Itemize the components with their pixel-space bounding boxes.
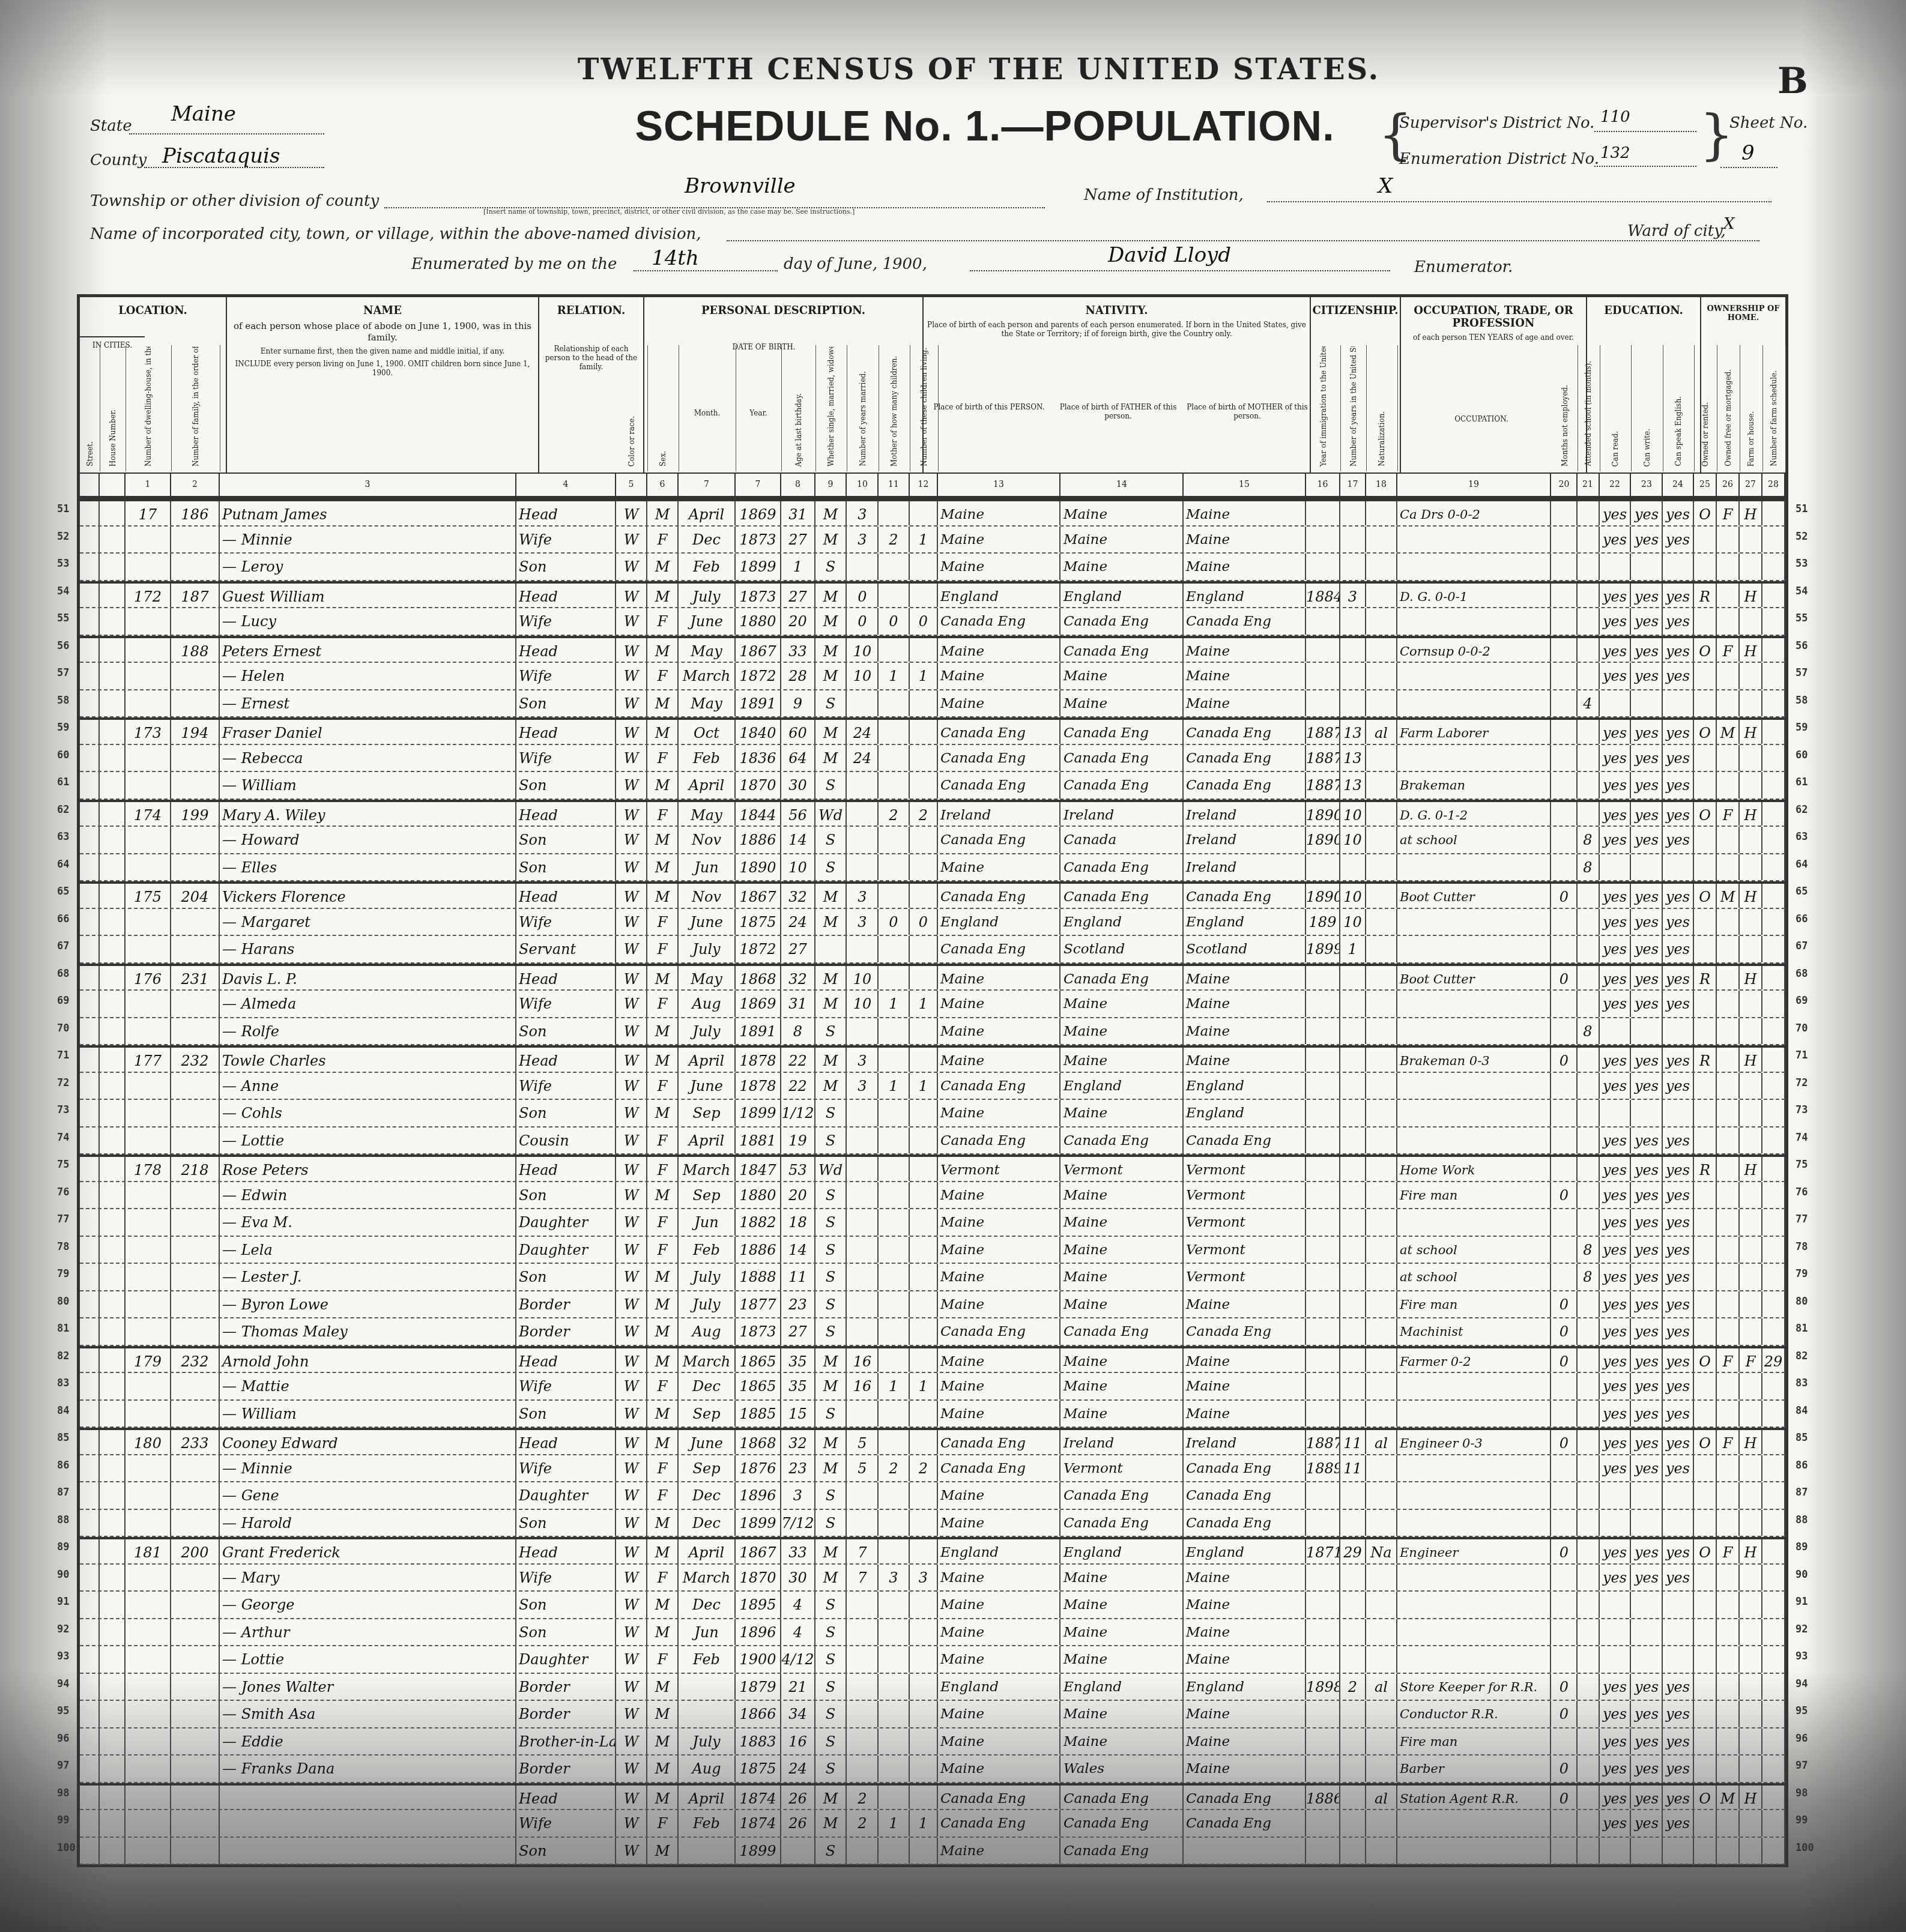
children-living: 1 (910, 527, 938, 553)
table-row: — Smith AsaBorderWM186634SMaineMaineMain… (80, 1701, 1785, 1728)
months-unemployed (1552, 608, 1578, 635)
owned-free (1717, 1455, 1740, 1482)
family-number: 231 (171, 966, 220, 990)
birth-month: April (679, 1128, 736, 1154)
column-number: 28 (1762, 474, 1785, 496)
school-months (1577, 638, 1600, 662)
months-unemployed: 0 (1552, 884, 1578, 908)
farm-schedule (1762, 802, 1785, 826)
immigration-year (1306, 966, 1340, 990)
school-months (1577, 966, 1600, 990)
years-in-us: 11 (1340, 1430, 1366, 1454)
cell-house (100, 720, 126, 744)
children-living (910, 1318, 938, 1345)
farm-schedule (1762, 884, 1785, 908)
birthplace-mother: Canada Eng (1184, 884, 1306, 908)
column-number: 2 (171, 474, 220, 496)
sex: M (647, 772, 679, 798)
months-unemployed (1552, 1619, 1578, 1646)
line-number: 83 (1796, 1377, 1808, 1389)
can-write: yes (1632, 1373, 1663, 1399)
cell-house (100, 501, 126, 525)
birth-year: 1899 (736, 554, 781, 580)
owned-rented (1694, 772, 1717, 798)
enumerator-line (970, 270, 1390, 271)
family-number (171, 1318, 220, 1345)
birthplace-father: Canada Eng (1061, 1510, 1184, 1536)
children-living (910, 1291, 938, 1318)
line-number: 97 (57, 1760, 69, 1772)
years-in-us (1340, 1646, 1366, 1673)
birthplace-person: Maine (938, 501, 1060, 525)
age: 64 (781, 745, 815, 771)
column-number: 9 (815, 474, 847, 496)
farm-house: H (1740, 802, 1762, 826)
line-number: 78 (57, 1241, 69, 1253)
marital-status: S (815, 772, 847, 798)
age: 7/12 (781, 1510, 815, 1536)
relation: Daughter (516, 1482, 616, 1509)
birthplace-mother: Vermont (1184, 1157, 1306, 1181)
owned-rented: O (1694, 1348, 1717, 1372)
family-number (171, 1619, 220, 1646)
age: 33 (781, 1539, 815, 1563)
dwelling-number (126, 1755, 171, 1782)
relation: Head (516, 802, 616, 826)
school-months (1577, 1674, 1600, 1700)
children-living: 1 (910, 663, 938, 689)
sex: F (647, 1373, 679, 1399)
farm-house (1740, 1401, 1762, 1427)
relation: Border (516, 1701, 616, 1727)
color: W (616, 827, 647, 853)
cell-street (80, 1674, 100, 1700)
can-speak-english: yes (1663, 1786, 1694, 1810)
table-row: — ErnestSonWMMay18919SMaineMaineMaine4 (80, 690, 1785, 718)
line-number: 62 (57, 804, 69, 816)
months-unemployed (1552, 1100, 1578, 1126)
can-read: yes (1600, 1237, 1631, 1263)
can-speak-english: yes (1663, 1701, 1694, 1727)
birthplace-mother: England (1184, 1100, 1306, 1126)
line-number: 76 (1796, 1186, 1808, 1198)
family-number (171, 1291, 220, 1318)
person-name: Guest William (220, 584, 516, 608)
can-write (1632, 1646, 1663, 1673)
years-in-us: 1 (1340, 936, 1366, 962)
cell-street (80, 1592, 100, 1618)
birthplace-person: Maine (938, 1401, 1060, 1427)
immigration-year (1306, 1728, 1340, 1755)
line-number: 87 (57, 1487, 69, 1499)
birth-month: April (679, 1539, 736, 1563)
color: W (616, 1646, 647, 1673)
relation: Son (516, 554, 616, 580)
cell-house (100, 1237, 126, 1263)
farm-house (1740, 1237, 1762, 1263)
age: 23 (781, 1455, 815, 1482)
months-unemployed: 0 (1552, 1348, 1578, 1372)
naturalization (1366, 1455, 1397, 1482)
line-number: 81 (57, 1323, 69, 1335)
owned-rented: O (1694, 720, 1717, 744)
birthplace-person: Maine (938, 1619, 1060, 1646)
can-write: yes (1632, 638, 1663, 662)
cell-street (80, 1373, 100, 1399)
farm-schedule (1762, 1646, 1785, 1673)
township-note: [Insert name of township, town, precinct… (483, 208, 855, 216)
cell-street (80, 1646, 100, 1673)
line-number: 80 (57, 1296, 69, 1308)
can-write: yes (1632, 1182, 1663, 1209)
months-unemployed (1552, 1373, 1578, 1399)
relation: Wife (516, 745, 616, 771)
table-row: — HowardSonWMNov188614SCanada EngCanadaI… (80, 827, 1785, 854)
cell-street (80, 1755, 100, 1782)
sheet-letter: B (1777, 60, 1808, 102)
naturalization (1366, 966, 1397, 990)
can-read (1600, 1100, 1631, 1126)
can-speak-english: yes (1663, 1674, 1694, 1700)
birthplace-father: Maine (1061, 1100, 1184, 1126)
birthplace-person: Maine (938, 690, 1060, 717)
owned-rented (1694, 991, 1717, 1017)
marital-status: M (815, 909, 847, 935)
years-married: 24 (847, 720, 879, 744)
can-speak-english: yes (1663, 1810, 1694, 1837)
cell-street (80, 1565, 100, 1591)
supervisor-label: Supervisor's District No. (1399, 114, 1594, 132)
owned-rented (1694, 1455, 1717, 1482)
birth-year: 1886 (736, 1237, 781, 1263)
children-living (910, 1728, 938, 1755)
city-line (727, 240, 1759, 241)
farm-schedule (1762, 1786, 1785, 1810)
sex: M (647, 884, 679, 908)
marital-status: S (815, 1619, 847, 1646)
birth-year: 1869 (736, 501, 781, 525)
marital-status (815, 936, 847, 962)
naturalization (1366, 1619, 1397, 1646)
cell-house (100, 1810, 126, 1837)
children-living (910, 1401, 938, 1427)
mother-of-children: 1 (879, 1073, 910, 1099)
birthplace-person: Maine (938, 1838, 1060, 1864)
line-number: 66 (1796, 913, 1808, 925)
children-living (910, 966, 938, 990)
birth-month: April (679, 772, 736, 798)
years-married: 16 (847, 1348, 879, 1372)
relation: Border (516, 1318, 616, 1345)
farm-schedule (1762, 1182, 1785, 1209)
line-number: 68 (1796, 968, 1808, 980)
can-read: yes (1600, 501, 1631, 525)
relation: Wife (516, 1565, 616, 1591)
mother-of-children (879, 1786, 910, 1810)
age: 27 (781, 527, 815, 553)
can-speak-english (1663, 1510, 1694, 1536)
marital-status: S (815, 1838, 847, 1864)
column-number: 14 (1061, 474, 1184, 496)
line-number: 65 (57, 886, 69, 898)
years-in-us (1340, 1786, 1366, 1810)
mother-of-children (879, 1318, 910, 1345)
cell-house (100, 1157, 126, 1181)
children-living (910, 1157, 938, 1181)
can-speak-english: yes (1663, 720, 1694, 744)
birthplace-mother: England (1184, 909, 1306, 935)
column-header-children-living: Number of these children living. (910, 345, 939, 471)
birthplace-person: Maine (938, 1182, 1060, 1209)
farm-house (1740, 1810, 1762, 1837)
dwelling-number (126, 1209, 171, 1236)
farm-schedule (1762, 1128, 1785, 1154)
years-married (847, 936, 879, 962)
birthplace-father: Canada Eng (1061, 966, 1184, 990)
owned-rented (1694, 608, 1717, 635)
relation: Wife (516, 1455, 616, 1482)
birth-month (679, 1701, 736, 1727)
birth-year: 1873 (736, 527, 781, 553)
years-married (847, 554, 879, 580)
birthplace-person: Maine (938, 1018, 1060, 1045)
line-number: 77 (1796, 1213, 1808, 1225)
line-number: 93 (1796, 1650, 1808, 1662)
years-in-us (1340, 854, 1366, 881)
farm-house (1740, 936, 1762, 962)
cell-house (100, 527, 126, 553)
owned-free (1717, 909, 1740, 935)
immigration-year (1306, 991, 1340, 1017)
owned-rented (1694, 1264, 1717, 1290)
age: 30 (781, 772, 815, 798)
owned-rented (1694, 1318, 1717, 1345)
children-living (910, 1755, 938, 1782)
immigration-year: 1889 (1306, 1455, 1340, 1482)
line-number: 71 (57, 1049, 69, 1061)
cell-house (100, 1539, 126, 1563)
owned-rented: O (1694, 802, 1717, 826)
can-write: yes (1632, 1073, 1663, 1099)
column-header-dwelling: Number of dwelling-house, in the order o… (126, 345, 172, 471)
children-living (910, 1264, 938, 1290)
can-write: yes (1632, 745, 1663, 771)
can-speak-english (1663, 854, 1694, 881)
years-in-us (1340, 1264, 1366, 1290)
color: W (616, 1482, 647, 1509)
years-in-us (1340, 554, 1366, 580)
owned-rented: R (1694, 966, 1717, 990)
can-write: yes (1632, 1674, 1663, 1700)
naturalization (1366, 1237, 1397, 1263)
can-read: yes (1600, 1048, 1631, 1072)
mother-of-children: 1 (879, 663, 910, 689)
age: 15 (781, 1401, 815, 1427)
can-write: yes (1632, 1786, 1663, 1810)
person-name: — Harans (220, 936, 516, 962)
age: 24 (781, 909, 815, 935)
owned-free (1717, 1619, 1740, 1646)
family-number: 218 (171, 1157, 220, 1181)
population-table: LOCATION. IN CITIES. NAME of each person… (77, 294, 1788, 1867)
years-in-us (1340, 991, 1366, 1017)
immigration-year: 1887 (1306, 745, 1340, 771)
cell-house (100, 1128, 126, 1154)
can-speak-english: yes (1663, 1348, 1694, 1372)
family-number (171, 1701, 220, 1727)
relation: Cousin (516, 1128, 616, 1154)
cell-house (100, 1619, 126, 1646)
years-married (847, 1482, 879, 1509)
mother-of-children: 3 (879, 1565, 910, 1591)
birth-year: 1899 (736, 1838, 781, 1864)
family-number: 188 (171, 638, 220, 662)
person-name (220, 1786, 516, 1810)
color: W (616, 1073, 647, 1099)
birth-month: Dec (679, 1482, 736, 1509)
cell-house (100, 1455, 126, 1482)
years-in-us (1340, 1073, 1366, 1099)
years-married (847, 1701, 879, 1727)
age: 27 (781, 1318, 815, 1345)
birthplace-father: Maine (1061, 991, 1184, 1017)
column-number: 23 (1632, 474, 1663, 496)
birth-year: 1872 (736, 663, 781, 689)
immigration-year (1306, 638, 1340, 662)
occupation: Ca Drs 0-0-2 (1397, 501, 1551, 525)
can-write: yes (1632, 966, 1663, 990)
relation: Daughter (516, 1237, 616, 1263)
years-in-us (1340, 638, 1366, 662)
farm-house (1740, 608, 1762, 635)
family-number (171, 608, 220, 635)
enumeration-label: Enumeration District No. (1399, 150, 1599, 168)
person-name: — Mary (220, 1565, 516, 1591)
owned-free (1717, 1291, 1740, 1318)
years-married: 3 (847, 501, 879, 525)
farm-schedule (1762, 1510, 1785, 1536)
farm-schedule (1762, 1674, 1785, 1700)
age: 14 (781, 827, 815, 853)
cell-street (80, 663, 100, 689)
farm-house: H (1740, 501, 1762, 525)
months-unemployed (1552, 1646, 1578, 1673)
birthplace-mother: Maine (1184, 966, 1306, 990)
owned-free: M (1717, 884, 1740, 908)
can-write: yes (1632, 1810, 1663, 1837)
immigration-year (1306, 1619, 1340, 1646)
column-number-row: 1234567789101112131415161718192021222324… (80, 472, 1785, 499)
cell-house (100, 1100, 126, 1126)
cell-street (80, 1128, 100, 1154)
person-name: Vickers Florence (220, 884, 516, 908)
owned-rented (1694, 1401, 1717, 1427)
years-in-us: 10 (1340, 827, 1366, 853)
birth-year: 1870 (736, 1565, 781, 1591)
cell-street (80, 1510, 100, 1536)
relation: Head (516, 966, 616, 990)
family-number (171, 1482, 220, 1509)
mother-of-children (879, 966, 910, 990)
naturalization (1366, 802, 1397, 826)
birth-month: Jun (679, 1209, 736, 1236)
school-months (1577, 584, 1600, 608)
family-number (171, 1565, 220, 1591)
immigration-year: 1887 (1306, 1430, 1340, 1454)
birthplace-person: Maine (938, 1646, 1060, 1673)
relation: Wife (516, 1810, 616, 1837)
mother-of-children (879, 1755, 910, 1782)
mother-of-children (879, 690, 910, 717)
can-read (1600, 1592, 1631, 1618)
school-months (1577, 772, 1600, 798)
can-read (1600, 1482, 1631, 1509)
family-number: 199 (171, 802, 220, 826)
can-read (1600, 1646, 1631, 1673)
birthplace-person: Maine (938, 1100, 1060, 1126)
dwelling-number (126, 1810, 171, 1837)
months-unemployed (1552, 1237, 1578, 1263)
naturalization (1366, 1073, 1397, 1099)
farm-house: H (1740, 884, 1762, 908)
farm-house (1740, 1755, 1762, 1782)
owned-free (1717, 1510, 1740, 1536)
can-read: yes (1600, 663, 1631, 689)
sex: F (647, 745, 679, 771)
birthplace-person: Maine (938, 1510, 1060, 1536)
can-write: yes (1632, 1291, 1663, 1318)
color: W (616, 720, 647, 744)
occupation (1397, 608, 1551, 635)
months-unemployed (1552, 1128, 1578, 1154)
table-row: — LeroySonWMFeb18991SMaineMaineMaine (80, 554, 1785, 581)
can-speak-english: yes (1663, 1455, 1694, 1482)
ward-value: X (1723, 215, 1735, 233)
owned-rented (1694, 1209, 1717, 1236)
dwelling-number (126, 608, 171, 635)
sex: M (647, 1539, 679, 1563)
line-number: 59 (1796, 722, 1808, 734)
line-number: 73 (1796, 1104, 1808, 1116)
can-write (1632, 1619, 1663, 1646)
birth-month: July (679, 1018, 736, 1045)
birthplace-father: Scotland (1061, 936, 1184, 962)
farm-schedule (1762, 720, 1785, 744)
line-number: 78 (1796, 1241, 1808, 1253)
months-unemployed (1552, 1401, 1578, 1427)
table-row: — LottieDaughterWFFeb19004/12SMaineMaine… (80, 1646, 1785, 1674)
birthplace-person: England (938, 1539, 1060, 1563)
color: W (616, 1701, 647, 1727)
color: W (616, 1455, 647, 1482)
birthplace-father: Maine (1061, 1291, 1184, 1318)
can-speak-english: yes (1663, 936, 1694, 962)
family-number: 200 (171, 1539, 220, 1563)
can-read: yes (1600, 966, 1631, 990)
marital-status: M (815, 1565, 847, 1591)
birth-year: 1891 (736, 690, 781, 717)
birth-year: 1890 (736, 854, 781, 881)
naturalization (1366, 772, 1397, 798)
person-name: — William (220, 772, 516, 798)
cell-street (80, 1237, 100, 1263)
owned-free (1717, 936, 1740, 962)
person-name: Cooney Edward (220, 1430, 516, 1454)
children-living (910, 638, 938, 662)
can-speak-english: yes (1663, 1048, 1694, 1072)
enumerated-day-line (634, 270, 778, 271)
column-header-marital: Whether single, married, widowed, or div… (815, 345, 847, 471)
